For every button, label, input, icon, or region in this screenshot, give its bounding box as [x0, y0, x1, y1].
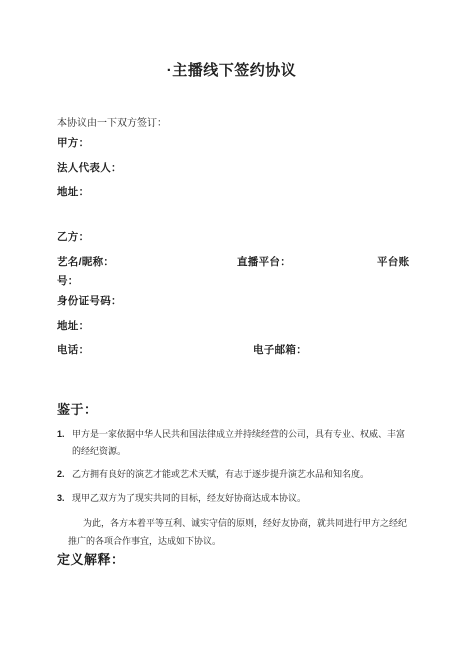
list-text: 乙方拥有良好的演艺才能或艺术天赋，有志于逐步提升演艺水品和知名度。 — [72, 466, 409, 483]
list-text: 甲方是一家依据中华人民共和国法律成立并持续经营的公司，具有专业、权威、丰富的经纪… — [72, 426, 409, 460]
party-a-label: 甲方： — [57, 135, 89, 150]
party-a-address-label: 地址： — [57, 184, 89, 199]
party-b-contact-row: 电话： 电子邮箱： — [57, 342, 409, 358]
party-b-label: 乙方： — [57, 229, 89, 244]
list-text: 现甲乙双方为了现实共同的目标，经友好协商达成本协议。 — [72, 490, 409, 507]
id-number-label: 身份证号码： — [57, 293, 122, 308]
nickname-label: 艺名/昵称： — [57, 254, 114, 269]
list-number: 1. — [57, 426, 72, 460]
definitions-heading: 定义解释： — [57, 549, 125, 568]
intro-text: 本协议由一下双方签订： — [57, 114, 167, 129]
whereas-item-2: 2. 乙方拥有良好的演艺才能或艺术天赋，有志于逐步提升演艺水品和知名度。 — [57, 466, 409, 483]
page-title: ·主播线下签约协议 — [0, 59, 463, 80]
list-number: 3. — [57, 490, 72, 507]
list-number: 2. — [57, 466, 72, 483]
platform-account-label: 平台账 — [377, 254, 409, 269]
whereas-item-3: 3. 现甲乙双方为了现实共同的目标，经友好协商达成本协议。 — [57, 490, 409, 507]
party-b-address-label: 地址： — [57, 318, 89, 333]
party-b-stage-row: 艺名/昵称： 直播平台： 平台账 号： — [57, 254, 409, 294]
whereas-heading: 鉴于： — [57, 399, 98, 418]
closing-paragraph: 为此，各方本着平等互利、诚实守信的原则，经好友协商，就共同进行甲方之经纪推广的各… — [68, 514, 409, 550]
phone-label: 电话： — [57, 342, 89, 357]
whereas-item-1: 1. 甲方是一家依据中华人民共和国法律成立并持续经营的公司，具有专业、权威、丰富… — [57, 426, 409, 460]
email-label: 电子邮箱： — [253, 342, 307, 357]
platform-label: 直播平台： — [237, 254, 291, 269]
platform-account-label-wrap: 号： — [57, 273, 79, 288]
legal-representative-label: 法人代表人： — [57, 160, 122, 175]
document-page: ·主播线下签约协议 本协议由一下双方签订： 甲方： 法人代表人： 地址： 乙方：… — [0, 0, 463, 655]
